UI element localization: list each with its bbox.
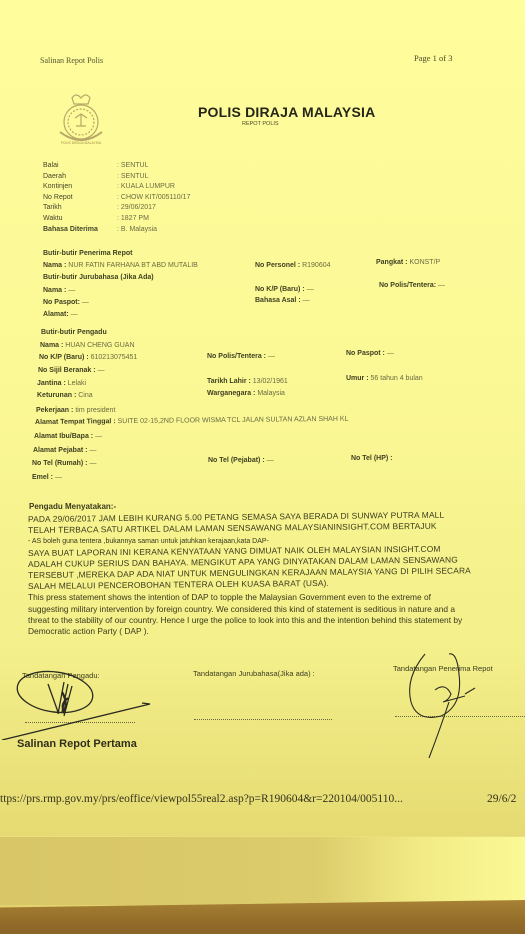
- statement-line: This press statement shows the intention…: [28, 592, 525, 603]
- penerima-signature-icon: [395, 646, 505, 764]
- pengadu-no-sijil: No Sijil Beranak : —: [38, 367, 105, 374]
- jurubahasa-nama: Nama : —: [43, 287, 75, 294]
- jurubahasa-no-kp: No K/P (Baru) : —: [255, 286, 314, 293]
- penerima-nama: Nama : NUR FATIN FARHANA BT ABD MUTALIB: [43, 262, 198, 269]
- statement-line: threat to the stability of our country. …: [28, 615, 525, 626]
- penerima-no-personel: No Personel : R190604: [255, 262, 331, 269]
- meta-row-balai: BalaiSENTUL: [43, 161, 190, 172]
- pengadu-tarikh-lahir: Tarikh Lahir : 13/02/1961: [207, 378, 288, 385]
- meta-row-kontinjen: KontinjenKUALA LUMPUR: [43, 182, 190, 193]
- pengadu-no-paspot: No Paspot : —: [346, 350, 394, 357]
- pengadu-pekerjaan: Pekerjaan : tim president: [36, 407, 115, 414]
- pdrm-crest-icon: POLIS DIRAJA MALAYSIA: [50, 92, 112, 150]
- meta-row-bahasa: Bahasa DiterimaB. Malaysia: [43, 225, 190, 236]
- pengadu-signature-icon: [0, 662, 160, 740]
- meta-row-tarikh: Tarikh29/06/2017: [43, 203, 190, 214]
- svg-text:POLIS DIRAJA MALAYSIA: POLIS DIRAJA MALAYSIA: [61, 141, 102, 145]
- pengadu-umur: Umur : 56 tahun 4 bulan: [346, 375, 423, 382]
- section-pengadu-title: Butir-butir Pengadu: [41, 329, 107, 336]
- pengadu-warganegara: Warganegara : Malaysia: [207, 390, 285, 397]
- pengadu-alamat-pejabat: Alamat Pejabat : —: [33, 447, 96, 454]
- jurubahasa-alamat: Alamat: —: [43, 311, 78, 318]
- statement-heading: Pengadu Menyatakan:-: [29, 502, 116, 511]
- page-indicator: Page 1 of 3: [414, 53, 452, 63]
- pengadu-jantina: Jantina : Lelaki: [37, 380, 86, 387]
- pengadu-keturunan: Keturunan : Cina: [37, 392, 93, 399]
- meta-row-daerah: DaerahSENTUL: [43, 172, 190, 183]
- print-date: 29/6/2: [487, 793, 516, 805]
- document-type-label: Salinan Repot Polis: [40, 56, 103, 65]
- statement-line: Democratic action Party ( DAP ).: [28, 626, 525, 637]
- jurubahasa-bahasa-asal: Bahasa Asal : —: [255, 297, 310, 304]
- penerima-pangkat: Pangkat : KONST/P: [376, 259, 440, 266]
- pengadu-tel-hp: No Tel (HP) :: [351, 455, 392, 462]
- section-penerima-title: Butir-butir Penerima Repot: [43, 250, 132, 257]
- jurubahasa-no-polis: No Polis/Tentera: —: [379, 282, 445, 289]
- report-meta: BalaiSENTUL DaerahSENTUL KontinjenKUALA …: [43, 161, 190, 235]
- signature-jurubahasa-label: Tandatangan Jurubahasa(Jika ada) :: [193, 669, 315, 678]
- pengadu-no-polis: No Polis/Tentera : —: [207, 353, 275, 360]
- statement-line: suggesting military intervention by fore…: [28, 604, 525, 615]
- jurubahasa-no-paspot: No Paspot: —: [43, 299, 89, 306]
- meta-row-no-repot: No RepotCHOW KIT/005110/17: [43, 193, 190, 204]
- pengadu-no-kp: No K/P (Baru) : 610213075451: [39, 354, 137, 361]
- page-subtitle: REPOT POLIS: [242, 121, 279, 127]
- pengadu-tel-rumah: No Tel (Rumah) : —: [32, 460, 96, 467]
- copy-label: Salinan Repot Pertama: [17, 738, 137, 750]
- pengadu-alamat-ibubapa: Alamat Ibu/Bapa : —: [34, 433, 102, 440]
- page-title: POLIS DIRAJA MALAYSIA: [198, 104, 375, 120]
- meta-row-waktu: Waktu1827 PM: [43, 214, 190, 225]
- print-url: ttps://prs.rmp.gov.my/prs/eoffice/viewpo…: [0, 793, 403, 805]
- paper-fold-shadow: [0, 836, 525, 905]
- section-jurubahasa-title: Butir-butir Jurubahasa (Jika Ada): [43, 274, 154, 281]
- pengadu-tel-pejabat: No Tel (Pejabat) : —: [208, 457, 274, 464]
- pengadu-nama: Nama : HUAN CHENG GUAN: [40, 342, 135, 349]
- signature-jurubahasa-line: [194, 719, 332, 720]
- pengadu-emel: Emel : —: [32, 474, 62, 481]
- statement-body: PADA 29/06/2017 JAM LEBIH KURANG 5.00 PE…: [28, 514, 525, 637]
